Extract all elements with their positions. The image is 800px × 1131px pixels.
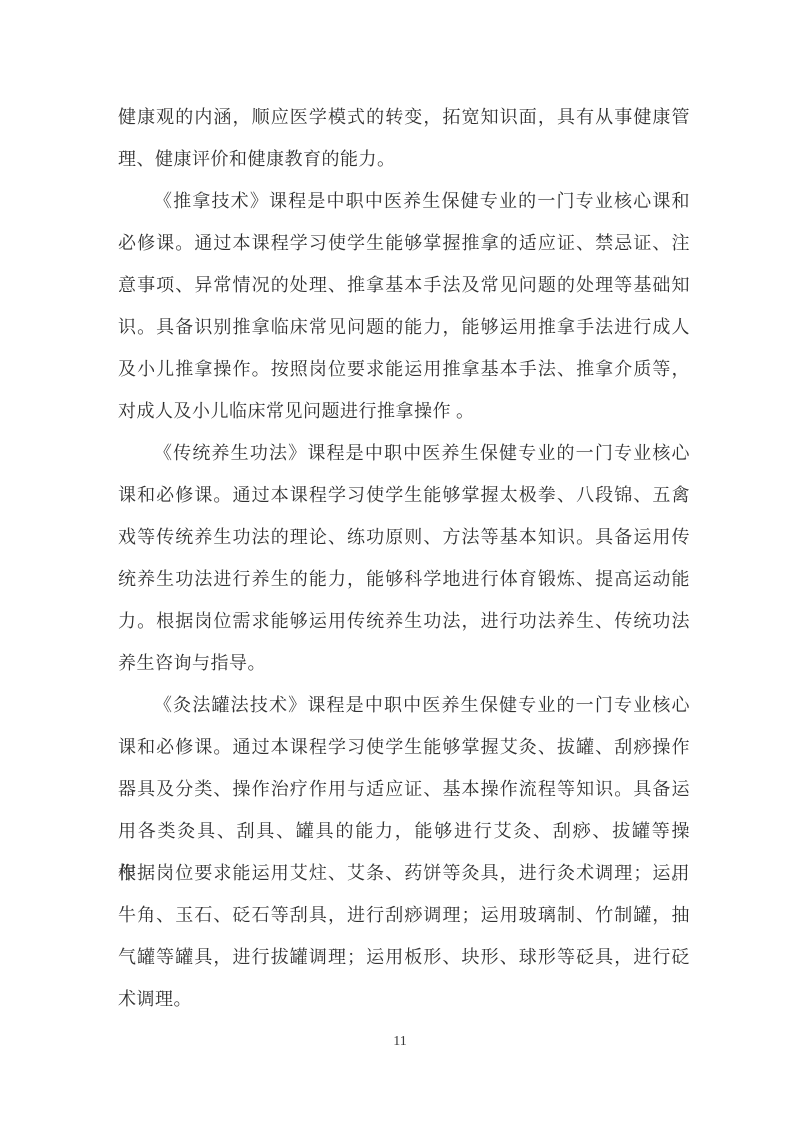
text-line: 统养生功法进行养生的能力，能够科学地进行体育锻炼、提高运动能 [118, 558, 690, 600]
text-line: 戏等传统养生功法的理论、练功原则、方法等基本知识。具备运用传 [118, 516, 690, 558]
text-line: 力。根据岗位需求能够运用传统养生功法，进行功法养生、传统功法 [118, 600, 690, 642]
document-page: 健康观的内涵，顺应医学模式的转变，拓宽知识面，具有从事健康管 理、健康评价和健康… [0, 0, 800, 1131]
text-line: 意事项、异常情况的处理、推拿基本手法及常见问题的处理等基础知 [118, 264, 690, 306]
page-number: 11 [0, 1032, 800, 1052]
text-line: 及小儿推拿操作。按照岗位要求能运用推拿基本手法、推拿介质等， [118, 348, 690, 390]
text-line: 器具及分类、操作治疗作用与适应证、基本操作流程等知识。具备运 [118, 768, 690, 810]
text-line: 用各类灸具、刮具、罐具的能力，能够进行艾灸、刮痧、拔罐等操作。 [118, 810, 690, 852]
text-line paragraph-start: 《传统养生功法》课程是中职中医养生保健专业的一门专业核心 [118, 432, 690, 474]
text-line: 根据岗位要求能运用艾炷、艾条、药饼等灸具，进行灸术调理；运用 [118, 852, 690, 894]
document-body-text: 健康观的内涵，顺应医学模式的转变，拓宽知识面，具有从事健康管 理、健康评价和健康… [118, 96, 690, 1020]
text-line paragraph-end: 对成人及小儿临床常见问题进行推拿操作 。 [118, 390, 690, 432]
text-line: 健康观的内涵，顺应医学模式的转变，拓宽知识面，具有从事健康管 [118, 96, 690, 138]
text-line: 必修课。通过本课程学习使学生能够掌握推拿的适应证、禁忌证、注 [118, 222, 690, 264]
text-line: 课和必修课。通过本课程学习使学生能够掌握太极拳、八段锦、五禽 [118, 474, 690, 516]
text-line: 气罐等罐具，进行拔罐调理；运用板形、块形、球形等砭具，进行砭 [118, 936, 690, 978]
text-line paragraph-end: 养生咨询与指导。 [118, 642, 690, 684]
text-line paragraph-end: 术调理。 [118, 978, 690, 1020]
text-line paragraph-start: 《灸法罐法技术》课程是中职中医养生保健专业的一门专业核心 [118, 684, 690, 726]
text-line: 课和必修课。通过本课程学习使学生能够掌握艾灸、拔罐、刮痧操作 [118, 726, 690, 768]
text-line paragraph-end: 理、健康评价和健康教育的能力。 [118, 138, 690, 180]
text-line: 识。具备识别推拿临床常见问题的能力，能够运用推拿手法进行成人 [118, 306, 690, 348]
text-line paragraph-start: 《推拿技术》课程是中职中医养生保健专业的一门专业核心课和 [118, 180, 690, 222]
text-line: 牛角、玉石、砭石等刮具，进行刮痧调理；运用玻璃制、竹制罐，抽 [118, 894, 690, 936]
